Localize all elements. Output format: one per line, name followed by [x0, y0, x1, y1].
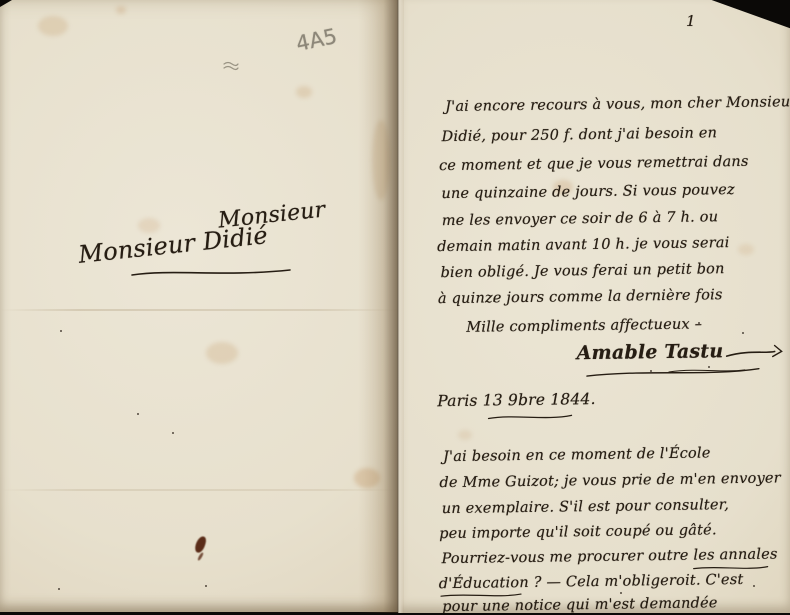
letter-line: Didié, pour 250 f. dont j'ai besoin en — [442, 125, 718, 145]
address-recipient: Monsieur Didié — [77, 221, 269, 269]
postscript-line: J'ai besoin en ce moment de l'École — [443, 445, 711, 465]
manuscript-photo: 4A5 Monsieur Monsieur Didié 1 — [0, 0, 790, 615]
background-corner — [0, 0, 12, 7]
closing-line: Mille compliments affectueux – — [466, 316, 702, 335]
letter-line: J'ai encore recours à vous, mon cher Mon… — [445, 94, 790, 115]
letter-body: J'ai encore recours à vous, mon cher Mon… — [394, 0, 790, 615]
letter-line: demain matin avant 10 h. je vous serai — [437, 235, 730, 255]
letter-line: bien obligé. Je vous ferai un petit bon — [440, 261, 724, 281]
address-block: Monsieur Monsieur Didié — [0, 0, 398, 612]
letter-line: à quinze jours comme la dernière fois — [438, 287, 723, 307]
letter-line: une quinzaine de jours. Si vous pouvez — [441, 182, 735, 202]
left-page: 4A5 Monsieur Monsieur Didié — [0, 0, 398, 612]
dateline-underline — [485, 412, 575, 423]
dateline: Paris 13 9bre 1844. — [437, 390, 596, 410]
right-page: 1 J'ai encore recours à vous, mon cher M… — [398, 0, 790, 613]
letter-line: ce moment et que je vous remettrai dans — [439, 154, 749, 174]
signature: Amable Tastu — [576, 340, 723, 364]
postscript-line: de Mme Guizot; je vous prie de m'en envo… — [439, 470, 781, 491]
address-underline-flourish — [128, 266, 298, 280]
postscript-line: Pourriez-vous me procurer outre les anna… — [441, 546, 777, 567]
postscript-line: pour une notice qui m'est demandée — [442, 595, 718, 615]
postscript-line: un exemplaire. S'il est pour consulter, — [442, 497, 729, 517]
postscript-line: d'Éducation ? — Cela m'obligeroit. C'est — [439, 572, 744, 592]
postscript-line: peu importe qu'il soit coupé ou gâté. — [439, 522, 717, 542]
letter-line: me les envoyer ce soir de 6 à 7 h. ou — [442, 209, 719, 229]
